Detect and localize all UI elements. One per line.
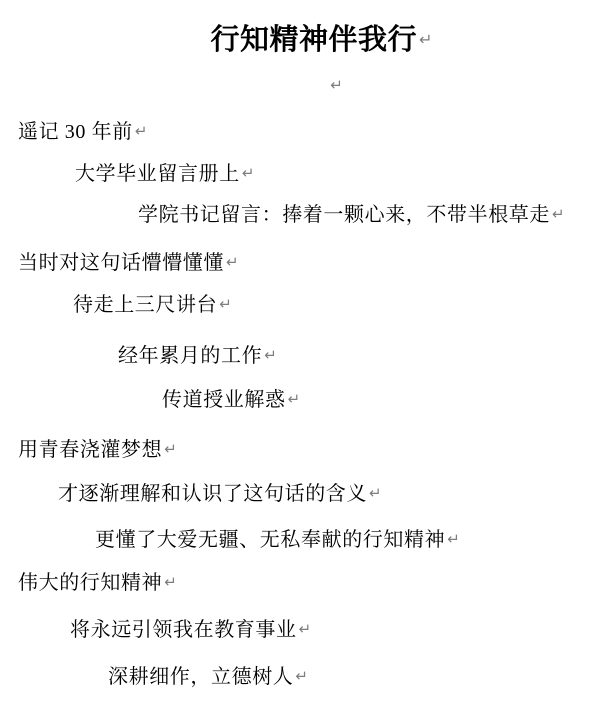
poem-line-text: 遥记 30 年前	[18, 121, 133, 143]
document-content: 行知精神伴我行↵ ↵ 遥记 30 年前↵ 大学毕业留言册上↵ 学院书记留言：捧着…	[18, 0, 595, 703]
poem-line-text: 待走上三尺讲台	[73, 294, 217, 316]
document-title-text: 行知精神伴我行	[211, 24, 418, 56]
document-page[interactable]: 行知精神伴我行↵ ↵ 遥记 30 年前↵ 大学毕业留言册上↵ 学院书记留言：捧着…	[0, 0, 595, 703]
paragraph-mark-icon: ↵	[552, 205, 565, 223]
paragraph-mark-icon: ↵	[226, 253, 239, 271]
poem-line[interactable]: 待走上三尺讲台↵	[73, 293, 232, 316]
poem-line[interactable]: 更懂了大爱无疆、无私奉献的行知精神↵	[95, 528, 460, 551]
poem-line[interactable]: 传道授业解惑↵	[162, 388, 300, 411]
paragraph-mark-icon: ↵	[164, 573, 177, 591]
paragraph-mark-icon: ↵	[369, 484, 382, 502]
paragraph-mark-icon: ↵	[242, 164, 255, 182]
poem-line[interactable]: 学院书记留言：捧着一颗心来，不带半根草走↵	[138, 203, 565, 226]
paragraph-mark-icon: ↵	[264, 346, 277, 364]
poem-line-text: 传道授业解惑	[162, 389, 286, 411]
poem-line-text: 伟大的行知精神	[18, 572, 162, 594]
poem-line-text: 深耕细作，立德树人	[108, 666, 293, 688]
poem-line[interactable]: 大学毕业留言册上↵	[75, 162, 254, 185]
poem-line-text: 将永远引领我在教育事业	[70, 619, 297, 641]
paragraph-mark-icon: ↵	[164, 440, 177, 458]
poem-line-text: 学院书记留言：捧着一颗心来，不带半根草走	[138, 204, 550, 226]
empty-paragraph[interactable]: ↵	[18, 76, 595, 97]
paragraph-mark-icon: ↵	[295, 667, 308, 685]
poem-line[interactable]: 遥记 30 年前↵	[18, 120, 147, 143]
poem-line-text: 用青春浇灌梦想	[18, 439, 162, 461]
poem-line[interactable]: 经年累月的工作↵	[118, 344, 277, 367]
paragraph-mark-icon: ↵	[135, 122, 148, 140]
paragraph-mark-icon: ↵	[299, 620, 312, 638]
poem-line-text: 当时对这句话懵懵懂懂	[18, 252, 224, 274]
paragraph-mark-icon: ↵	[447, 530, 460, 548]
poem-line[interactable]: 用青春浇灌梦想↵	[18, 438, 177, 461]
poem-line-text: 大学毕业留言册上	[75, 163, 240, 185]
poem-line[interactable]: 将永远引领我在教育事业↵	[70, 618, 311, 641]
poem-line[interactable]: 当时对这句话懵懵懂懂↵	[18, 251, 239, 274]
paragraph-mark-icon: ↵	[219, 295, 232, 313]
poem-line-text: 经年累月的工作	[118, 345, 262, 367]
paragraph-mark-icon: ↵	[288, 390, 301, 408]
poem-line[interactable]: 伟大的行知精神↵	[18, 571, 177, 594]
poem-line[interactable]: 才逐渐理解和认识了这句话的含义↵	[58, 482, 382, 505]
poem-line-text: 更懂了大爱无疆、无私奉献的行知精神	[95, 529, 445, 551]
paragraph-mark-icon: ↵	[419, 30, 432, 49]
paragraph-mark-icon: ↵	[330, 76, 343, 94]
poem-line-text: 才逐渐理解和认识了这句话的含义	[58, 483, 367, 505]
poem-line[interactable]: 深耕细作，立德树人↵	[108, 665, 308, 688]
document-title[interactable]: 行知精神伴我行↵	[18, 17, 595, 58]
